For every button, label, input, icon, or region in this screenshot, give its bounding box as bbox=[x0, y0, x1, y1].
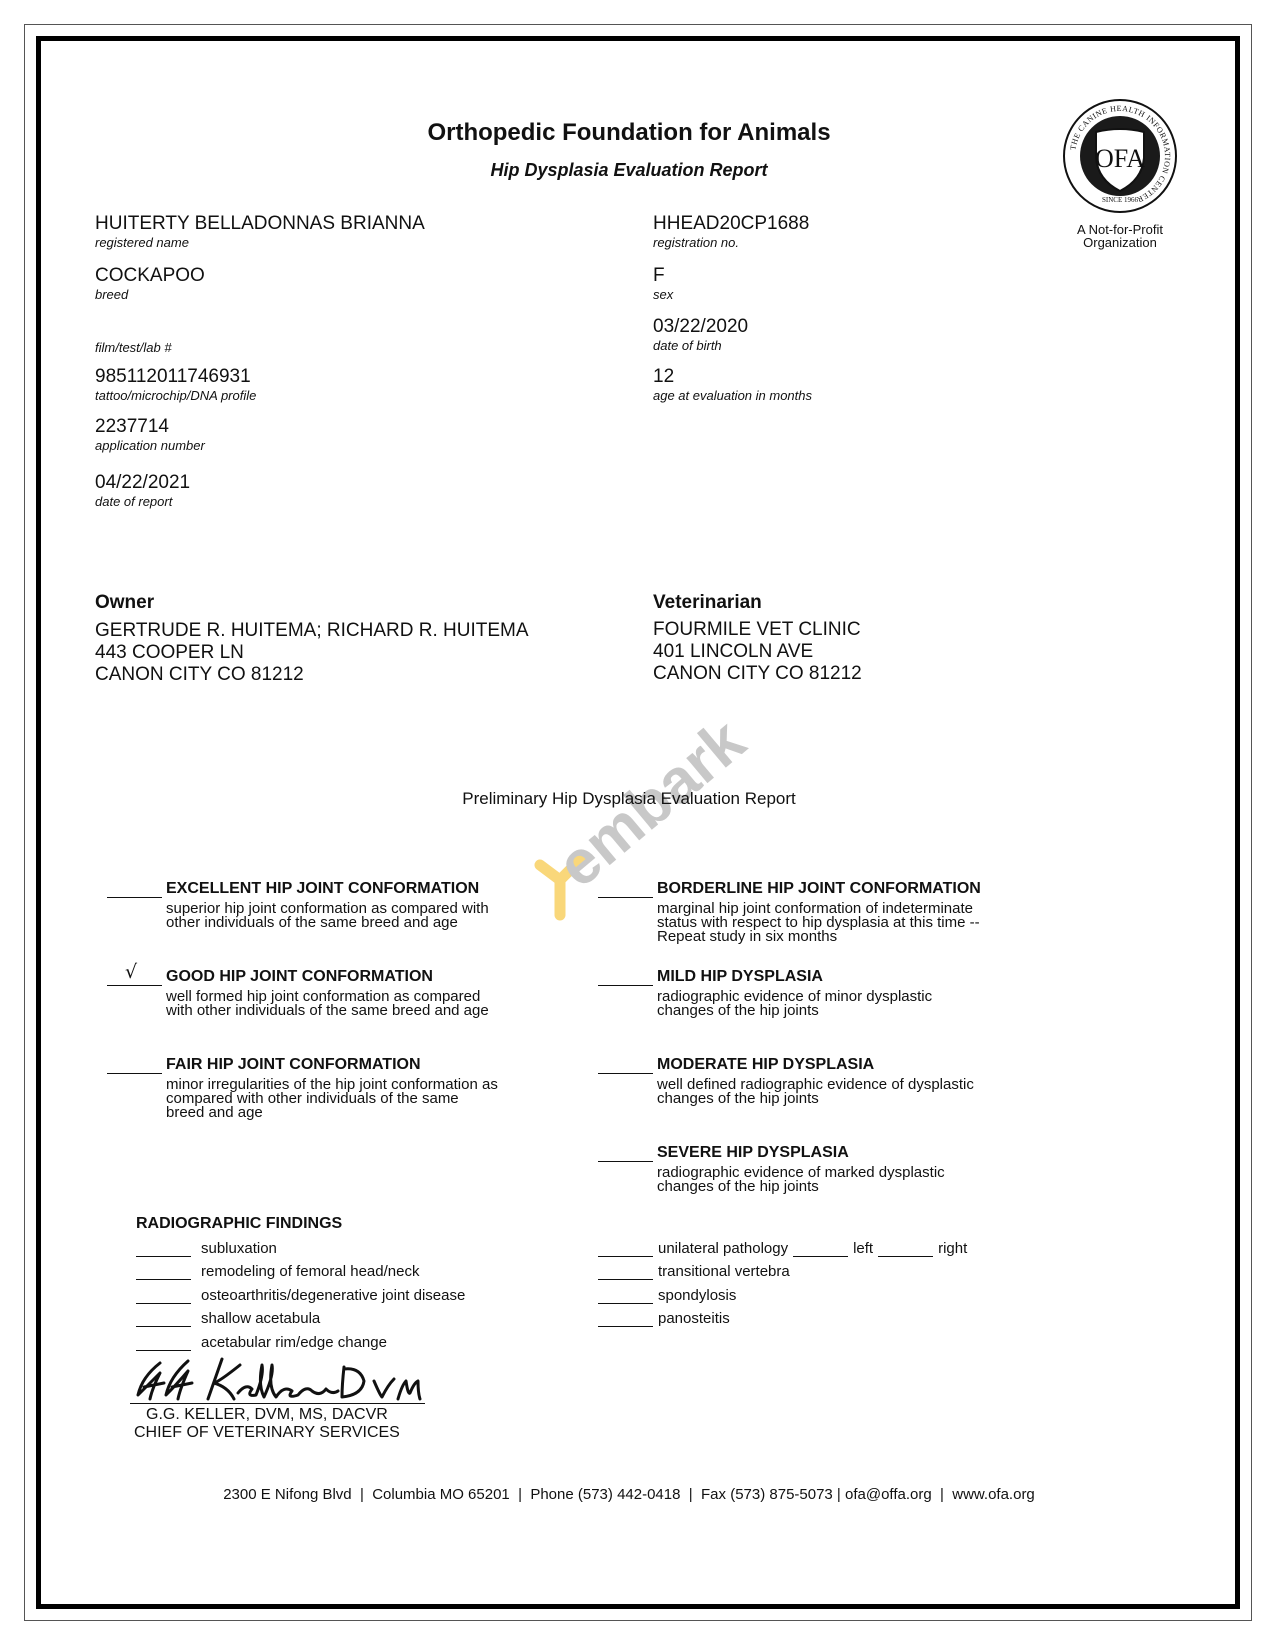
breed-value: COCKAPOO bbox=[95, 265, 205, 287]
microchip-value: 985112011746931 bbox=[95, 366, 256, 388]
finding-item: unilateral pathology left right bbox=[598, 1233, 967, 1257]
grade-mild-desc: radiographic evidence of minor dysplasti… bbox=[657, 990, 1078, 1018]
finding-checkbox[interactable] bbox=[136, 1264, 191, 1280]
grade-mild-title: MILD HIP DYSPLASIA bbox=[657, 968, 823, 986]
finding-item: remodeling of femoral head/neck bbox=[136, 1257, 465, 1281]
desc-line: Repeat study in six months bbox=[657, 930, 1078, 944]
grade-borderline-desc: marginal hip joint conformation of indet… bbox=[657, 902, 1078, 944]
footer-contact: 2300 E Nifong Blvd | Columbia MO 65201 |… bbox=[0, 1486, 1258, 1503]
date-of-birth-value: 03/22/2020 bbox=[653, 316, 748, 338]
unilateral-left-checkbox[interactable] bbox=[793, 1241, 848, 1257]
finding-checkbox[interactable] bbox=[136, 1311, 191, 1327]
grade-fair-desc: minor irregularities of the hip joint co… bbox=[166, 1078, 587, 1120]
field-date-of-report: 04/22/2021 date of report bbox=[95, 472, 190, 510]
desc-line: changes of the hip joints bbox=[657, 1004, 1078, 1018]
finding-label: unilateral pathology bbox=[658, 1240, 788, 1257]
microchip-label: tattoo/microchip/DNA profile bbox=[95, 388, 256, 404]
finding-item: osteoarthritis/degenerative joint diseas… bbox=[136, 1280, 465, 1304]
grade-moderate-checkbox[interactable] bbox=[598, 1056, 653, 1074]
finding-checkbox[interactable] bbox=[136, 1288, 191, 1304]
finding-label: osteoarthritis/degenerative joint diseas… bbox=[201, 1287, 465, 1304]
grade-excellent-desc: superior hip joint conformation as compa… bbox=[166, 902, 587, 930]
field-sex: F sex bbox=[653, 265, 673, 303]
sex-value: F bbox=[653, 265, 673, 287]
age-months-label: age at evaluation in months bbox=[653, 388, 812, 404]
veterinarian-heading: Veterinarian bbox=[653, 592, 862, 614]
desc-line: other individuals of the same breed and … bbox=[166, 916, 587, 930]
check-mark-icon: √ bbox=[125, 961, 137, 983]
grade-borderline-checkbox[interactable] bbox=[598, 880, 653, 898]
date-of-report-label: date of report bbox=[95, 494, 190, 510]
owner-block: Owner GERTRUDE R. HUITEMA; RICHARD R. HU… bbox=[95, 592, 529, 686]
owner-line-1: GERTRUDE R. HUITEMA; RICHARD R. HUITEMA bbox=[95, 620, 529, 642]
radiographic-findings-heading: RADIOGRAPHIC FINDINGS bbox=[136, 1215, 342, 1233]
application-number-label: application number bbox=[95, 438, 205, 454]
registration-no-value: HHEAD20CP1688 bbox=[653, 213, 809, 235]
ofa-seal-logo: THE CANINE HEALTH INFORMATION CENTER OFA… bbox=[1060, 96, 1180, 216]
veterinarian-line-3: CANON CITY CO 81212 bbox=[653, 663, 862, 685]
finding-checkbox[interactable] bbox=[598, 1288, 653, 1304]
finding-label: remodeling of femoral head/neck bbox=[201, 1263, 419, 1280]
grade-fair: FAIR HIP JOINT CONFORMATION minor irregu… bbox=[107, 1056, 587, 1120]
finding-label: panosteitis bbox=[658, 1310, 730, 1327]
registered-name-value: HUITERTY BELLADONNAS BRIANNA bbox=[95, 213, 425, 235]
application-number-value: 2237714 bbox=[95, 416, 205, 438]
owner-heading: Owner bbox=[95, 592, 529, 614]
signer-block: G.G. KELLER, DVM, MS, DACVR CHIEF OF VET… bbox=[134, 1406, 400, 1442]
grade-moderate-desc: well defined radiographic evidence of dy… bbox=[657, 1078, 1078, 1106]
veterinarian-line-2: 401 LINCOLN AVE bbox=[653, 641, 862, 663]
owner-line-3: CANON CITY CO 81212 bbox=[95, 664, 529, 686]
finding-item: transitional vertebra bbox=[598, 1257, 967, 1281]
veterinarian-address: FOURMILE VET CLINIC 401 LINCOLN AVE CANO… bbox=[653, 619, 862, 685]
finding-checkbox[interactable] bbox=[136, 1241, 191, 1257]
desc-line: breed and age bbox=[166, 1106, 587, 1120]
owner-line-2: 443 COOPER LN bbox=[95, 642, 529, 664]
grade-mild: MILD HIP DYSPLASIA radiographic evidence… bbox=[598, 968, 1078, 1018]
finding-label: subluxation bbox=[201, 1240, 277, 1257]
nonprofit-line-2: Organization bbox=[1040, 236, 1200, 249]
finding-item: panosteitis bbox=[598, 1304, 967, 1328]
field-registration-no: HHEAD20CP1688 registration no. bbox=[653, 213, 809, 251]
grade-severe-desc: radiographic evidence of marked dysplast… bbox=[657, 1166, 1078, 1194]
veterinarian-line-1: FOURMILE VET CLINIC bbox=[653, 619, 862, 641]
nonprofit-label: A Not-for-Profit Organization bbox=[1040, 223, 1200, 249]
field-age-months: 12 age at evaluation in months bbox=[653, 366, 812, 404]
grade-excellent-title: EXCELLENT HIP JOINT CONFORMATION bbox=[166, 880, 479, 898]
date-of-report-value: 04/22/2021 bbox=[95, 472, 190, 494]
finding-checkbox[interactable] bbox=[598, 1311, 653, 1327]
desc-line: changes of the hip joints bbox=[657, 1092, 1078, 1106]
grade-good-checkbox[interactable]: √ bbox=[107, 968, 162, 986]
signer-title: CHIEF OF VETERINARY SERVICES bbox=[134, 1424, 400, 1442]
ofa-seal-icon: THE CANINE HEALTH INFORMATION CENTER OFA… bbox=[1060, 96, 1180, 216]
veterinarian-block: Veterinarian FOURMILE VET CLINIC 401 LIN… bbox=[653, 592, 862, 685]
grade-excellent-checkbox[interactable] bbox=[107, 880, 162, 898]
finding-item: subluxation bbox=[136, 1233, 465, 1257]
field-date-of-birth: 03/22/2020 date of birth bbox=[653, 316, 748, 354]
field-application-number: 2237714 application number bbox=[95, 416, 205, 454]
finding-label: acetabular rim/edge change bbox=[201, 1334, 387, 1351]
field-registered-name: HUITERTY BELLADONNAS BRIANNA registered … bbox=[95, 213, 425, 251]
grade-fair-title: FAIR HIP JOINT CONFORMATION bbox=[166, 1056, 421, 1074]
sex-label: sex bbox=[653, 287, 673, 303]
signature-image bbox=[130, 1355, 425, 1403]
grade-mild-checkbox[interactable] bbox=[598, 968, 653, 986]
finding-checkbox[interactable] bbox=[598, 1241, 653, 1257]
signature-icon bbox=[130, 1355, 425, 1403]
grade-severe-title: SEVERE HIP DYSPLASIA bbox=[657, 1144, 849, 1162]
seal-since-text: SINCE 1966 bbox=[1102, 196, 1138, 204]
finding-checkbox[interactable] bbox=[136, 1335, 191, 1351]
grade-fair-checkbox[interactable] bbox=[107, 1056, 162, 1074]
evaluation-heading: Preliminary Hip Dysplasia Evaluation Rep… bbox=[0, 789, 1258, 809]
date-of-birth-label: date of birth bbox=[653, 338, 748, 354]
grade-severe-checkbox[interactable] bbox=[598, 1144, 653, 1162]
radiographic-findings-left: subluxation remodeling of femoral head/n… bbox=[136, 1233, 465, 1351]
grade-moderate: MODERATE HIP DYSPLASIA well defined radi… bbox=[598, 1056, 1078, 1106]
signer-name: G.G. KELLER, DVM, MS, DACVR bbox=[134, 1406, 400, 1424]
field-breed: COCKAPOO breed bbox=[95, 265, 205, 303]
unilateral-left-label: left bbox=[853, 1240, 873, 1257]
registered-name-label: registered name bbox=[95, 235, 425, 251]
finding-item: acetabular rim/edge change bbox=[136, 1327, 465, 1351]
grade-moderate-title: MODERATE HIP DYSPLASIA bbox=[657, 1056, 874, 1074]
desc-line: with other individuals of the same breed… bbox=[166, 1004, 587, 1018]
breed-label: breed bbox=[95, 287, 205, 303]
finding-label: spondylosis bbox=[658, 1287, 736, 1304]
grade-borderline: BORDERLINE HIP JOINT CONFORMATION margin… bbox=[598, 880, 1078, 944]
unilateral-right-checkbox[interactable] bbox=[878, 1241, 933, 1257]
signature-line bbox=[130, 1403, 425, 1404]
desc-line: changes of the hip joints bbox=[657, 1180, 1078, 1194]
registration-no-label: registration no. bbox=[653, 235, 809, 251]
unilateral-right-label: right bbox=[938, 1240, 967, 1257]
film-test-lab-label: film/test/lab # bbox=[95, 340, 172, 356]
grade-excellent: EXCELLENT HIP JOINT CONFORMATION superio… bbox=[107, 880, 587, 930]
owner-address: GERTRUDE R. HUITEMA; RICHARD R. HUITEMA … bbox=[95, 620, 529, 686]
grade-good: √ GOOD HIP JOINT CONFORMATION well forme… bbox=[107, 968, 587, 1018]
field-film-test-lab: film/test/lab # bbox=[95, 340, 172, 356]
finding-item: shallow acetabula bbox=[136, 1304, 465, 1328]
radiographic-findings-right: unilateral pathology left right transiti… bbox=[598, 1233, 967, 1327]
finding-label: shallow acetabula bbox=[201, 1310, 320, 1327]
finding-item: spondylosis bbox=[598, 1280, 967, 1304]
finding-checkbox[interactable] bbox=[598, 1264, 653, 1280]
grade-good-title: GOOD HIP JOINT CONFORMATION bbox=[166, 968, 433, 986]
grade-severe: SEVERE HIP DYSPLASIA radiographic eviden… bbox=[598, 1144, 1078, 1194]
field-microchip: 985112011746931 tattoo/microchip/DNA pro… bbox=[95, 366, 256, 404]
finding-label: transitional vertebra bbox=[658, 1263, 790, 1280]
seal-center-text: OFA bbox=[1095, 144, 1145, 173]
grade-good-desc: well formed hip joint conformation as co… bbox=[166, 990, 587, 1018]
age-months-value: 12 bbox=[653, 366, 812, 388]
grade-borderline-title: BORDERLINE HIP JOINT CONFORMATION bbox=[657, 880, 981, 898]
